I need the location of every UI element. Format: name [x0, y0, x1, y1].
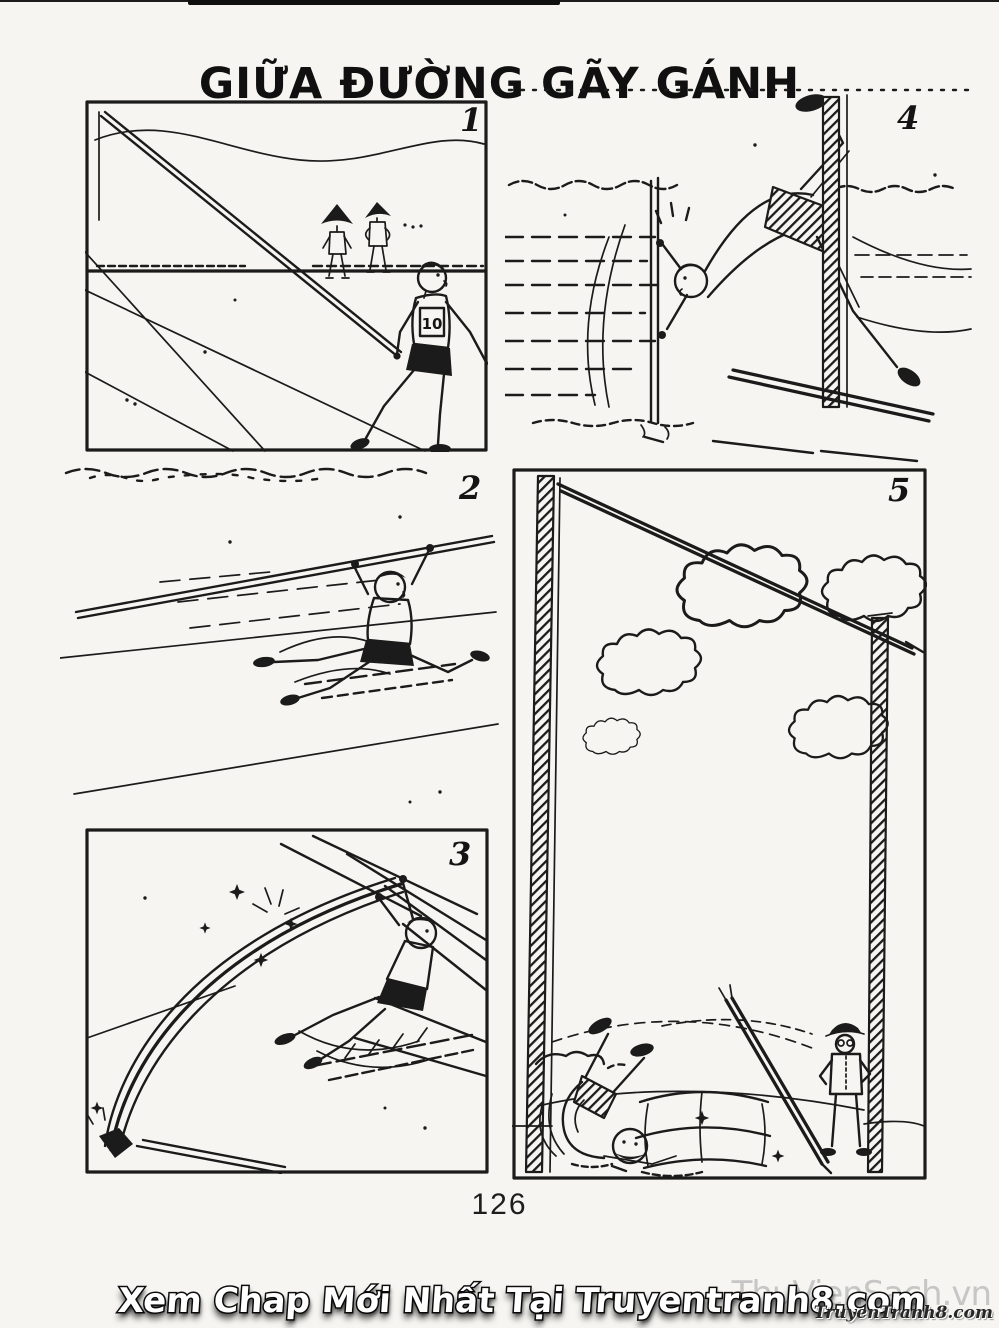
ground-shadow [305, 664, 455, 684]
page-top-rule-thick [188, 0, 560, 5]
bib-number: 10 [422, 315, 443, 333]
observer-figure [820, 1023, 872, 1156]
field-lines [505, 237, 663, 395]
panel-border [514, 470, 925, 1178]
crashed-vaulter [540, 1014, 676, 1164]
landing-bales [636, 1092, 770, 1168]
page-number: 126 [0, 1188, 999, 1222]
broken-pole [719, 985, 831, 1173]
ground-shadow [313, 1034, 477, 1066]
panel-3 [85, 828, 489, 1174]
right-post [868, 613, 892, 1172]
panel-4-number: 4 [897, 102, 919, 134]
vaulter-figure [656, 91, 924, 390]
runner-figure: 10 [349, 261, 488, 452]
crash-scene [512, 985, 924, 1176]
panel-border [87, 830, 487, 1172]
panel-2 [60, 462, 500, 822]
vault-pole [641, 178, 669, 442]
panel-5 [512, 468, 927, 1180]
comic-page: GIỮA ĐƯỜNG GÃY GÁNH [0, 0, 999, 1328]
panel-1-number: 1 [460, 104, 482, 136]
panel-5-drawing [512, 468, 927, 1180]
panel-1: 10 [85, 100, 488, 452]
panel-1-drawing: 10 [85, 100, 488, 452]
panel-4 [505, 85, 975, 465]
crossbar [558, 484, 923, 654]
panel-2-number: 2 [459, 472, 481, 504]
promo-banner-text: Xem Chap Mới Nhất Tại Truyentranh8.com [117, 1281, 927, 1321]
panel-3-drawing [85, 828, 489, 1174]
panel-3-number: 3 [449, 838, 471, 870]
panel-4-drawing [505, 85, 975, 465]
panel-2-drawing [60, 462, 500, 822]
panel-5-number: 5 [888, 474, 910, 506]
bent-pole [105, 878, 403, 1152]
pole-plant-impact [99, 1128, 133, 1158]
site-logo-text: TruyenTranh8.com [814, 1303, 993, 1323]
left-post [526, 476, 560, 1172]
